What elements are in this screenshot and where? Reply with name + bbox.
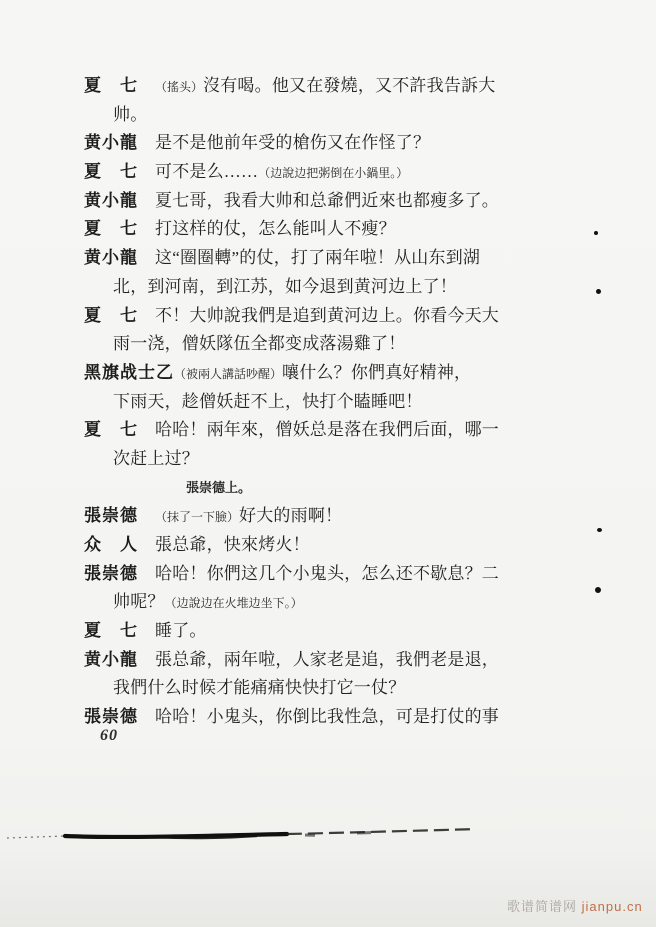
speaker-name: 張崇德 [84,560,155,589]
dialogue-text: 哈哈！兩年來，僧妖总是落在我們后面，哪一 [155,422,499,439]
dialogue-text: 北，到河南，到江苏，如今退到黄河边上了！ [113,279,457,296]
speech-segment: 不！大帅說我們是追到黄河边上。你看今天大 [155,306,499,325]
stage-note-segment: （抹了一下臉） [155,510,239,524]
dialogue-text: （被兩人講話吵醒）嚷什么？你們真好精神， [174,365,471,382]
speech-segment: 哈哈！你們这几个小鬼头，怎么还不歇息？二 [155,564,499,583]
speech-segment: 嚷什么？你們真好精神， [282,363,471,382]
dialogue-text: 張总爺，快來烤火！ [155,537,310,554]
dialogue-row: 下雨天，趁僧妖赶不上，快打个瞌睡吧！ [0,388,616,417]
watermark-site-name: 歌谱简谱网 [507,899,577,914]
speech-segment: 夏七哥，我看大帅和总爺們近來也都瘦多了。 [155,191,499,210]
speech-segment: 北，到河南，到江苏，如今退到黄河边上了！ [113,277,457,296]
dialogue-row: 張崇德（抹了一下臉）好大的雨啊！ [0,502,616,531]
speech-segment: 哈哈！小鬼头，你倒比我性急，可是打仗的事 [155,707,499,726]
speaker-name: 众 人 [84,531,155,560]
dialogue-row: 我們什么时候才能痛痛快快打它一仗？ [0,674,616,703]
dialogue-text: 这“圈圈轉”的仗，打了兩年啦！从山东到湖 [155,250,480,267]
speaker-name: 黄小龍 [84,244,155,273]
speech-segment: 帅呢？ [113,592,165,611]
dialogue-text: 次赶上过？ [113,451,199,468]
dialogue-row: 張崇德哈哈！你們这几个小鬼头，怎么还不歇息？二 [0,560,616,589]
dialogue-row: 黄小龍張总爺，兩年啦，人家老是追，我們老是退， [0,646,616,675]
speech-segment: 張总爺，兩年啦，人家老是追，我們老是退， [155,650,499,669]
script-body: 夏 七（搖头）沒有喝。他又在發燒，又不許我告訴大帅。黄小龍是不是他前年受的槍伤又… [0,72,616,732]
speaker-name: 夏 七 [84,215,155,244]
dialogue-row: 夏 七不！大帅說我們是追到黄河边上。你看今天大 [0,302,616,331]
scan-artifact-line [5,822,485,848]
speech-segment: 好大的雨啊！ [239,506,342,525]
speech-segment: 可不是么…… [155,162,258,181]
ink-speck [595,587,601,593]
dialogue-row: 黄小龍是不是他前年受的槍伤又在作怪了？ [0,129,616,158]
stage-note-segment: （被兩人講話吵醒） [174,367,282,381]
dialogue-text: （搖头）沒有喝。他又在發燒，又不許我告訴大 [155,78,495,95]
speech-segment: 次赶上过？ [113,449,199,468]
dialogue-text: 夏七哥，我看大帅和总爺們近來也都瘦多了。 [155,193,499,210]
speaker-name: 夏 七 [84,416,155,445]
scanned-play-script-page: { "page": { "number": "60", "watermark":… [0,0,656,927]
stage-direction-row: 張崇德上。 [0,474,616,503]
page: 夏 七（搖头）沒有喝。他又在發燒，又不許我告訴大帅。黄小龍是不是他前年受的槍伤又… [0,0,656,927]
dialogue-text: 哈哈！你們这几个小鬼头，怎么还不歇息？二 [155,566,499,583]
dialogue-text: （抹了一下臉）好大的雨啊！ [155,508,342,525]
dialogue-row: 黄小龍这“圈圈轉”的仗，打了兩年啦！从山东到湖 [0,244,616,273]
dialogue-text: 帅呢？（边說边在火堆边坐下。） [113,594,303,611]
page-number: 60 [100,727,118,745]
speech-segment: 这“圈圈轉”的仗，打了兩年啦！从山东到湖 [155,248,480,267]
speech-segment: 打这样的仗，怎么能叫人不瘦？ [155,219,396,238]
dialogue-row: 帅。 [0,101,616,130]
dialogue-text: 可不是么……（边說边把粥倒在小鍋里。） [155,164,408,181]
ink-speck [596,289,601,294]
dialogue-row: 夏 七打这样的仗，怎么能叫人不瘦？ [0,215,616,244]
speech-segment: 張总爺，快來烤火！ [155,535,310,554]
speech-segment: 我們什么时候才能痛痛快快打它一仗？ [113,678,405,697]
speaker-name: 夏 七 [84,158,155,187]
speaker-name: 張崇德 [84,502,155,531]
dialogue-text: 打这样的仗，怎么能叫人不瘦？ [155,221,396,238]
speaker-name: 黑旗战士乙 [84,359,174,388]
dialogue-row: 众 人張总爺，快來烤火！ [0,531,616,560]
stage-direction-text: 張崇德上。 [186,479,251,496]
ink-speck [594,231,598,235]
dialogue-row: 夏 七（搖头）沒有喝。他又在發燒，又不許我告訴大 [0,72,616,101]
speech-segment: 雨一浇，僧妖隊伍全都变成落湯雞了！ [113,334,405,353]
stage-note-segment: （搖头） [155,80,203,94]
watermark: 歌谱简谱网 jianpu.cn [507,896,643,915]
speech-segment: 睡了。 [155,621,207,640]
watermark-domain-link[interactable]: jianpu.cn [582,899,643,914]
stage-note-segment: （边說边把粥倒在小鍋里。） [258,166,408,180]
speaker-name: 張崇德 [84,703,155,732]
dialogue-text: 是不是他前年受的槍伤又在作怪了？ [155,135,430,152]
speech-segment: 下雨天，趁僧妖赶不上，快打个瞌睡吧！ [113,392,423,411]
dialogue-row: 夏 七哈哈！兩年來，僧妖总是落在我們后面，哪一 [0,416,616,445]
dialogue-text: 哈哈！小鬼头，你倒比我性急，可是打仗的事 [155,709,499,726]
stage-note-segment: 張崇德上。 [186,480,251,495]
dialogue-text: 下雨天，趁僧妖赶不上，快打个瞌睡吧！ [113,394,423,411]
dialogue-row: 黄小龍夏七哥，我看大帅和总爺們近來也都瘦多了。 [0,187,616,216]
speaker-name: 黄小龍 [84,129,155,158]
speech-segment: 是不是他前年受的槍伤又在作怪了？ [155,133,430,152]
dialogue-row: 夏 七睡了。 [0,617,616,646]
dialogue-row: 黑旗战士乙（被兩人講話吵醒）嚷什么？你們真好精神， [0,359,616,388]
dialogue-text: 雨一浇，僧妖隊伍全都变成落湯雞了！ [113,336,405,353]
dialogue-row: 次赶上过？ [0,445,616,474]
speaker-name: 夏 七 [84,72,155,101]
speaker-name: 黄小龍 [84,187,155,216]
dialogue-row: 雨一浇，僧妖隊伍全都变成落湯雞了！ [0,330,616,359]
dialogue-row: 夏 七可不是么……（边說边把粥倒在小鍋里。） [0,158,616,187]
dialogue-text: 睡了。 [155,623,207,640]
dialogue-text: 帅。 [113,107,147,124]
dialogue-row: 帅呢？（边說边在火堆边坐下。） [0,588,616,617]
speaker-name: 夏 七 [84,617,155,646]
dialogue-text: 我們什么时候才能痛痛快快打它一仗？ [113,680,405,697]
dialogue-text: 不！大帅說我們是追到黄河边上。你看今天大 [155,308,499,325]
speech-segment: 沒有喝。他又在發燒，又不許我告訴大 [203,76,495,95]
stage-note-segment: （边說边在火堆边坐下。） [165,596,303,610]
dialogue-text: 張总爺，兩年啦，人家老是追，我們老是退， [155,652,499,669]
speaker-name: 黄小龍 [84,646,155,675]
speech-segment: 哈哈！兩年來，僧妖总是落在我們后面，哪一 [155,420,499,439]
scan-bottom-shade [0,847,656,927]
ink-speck [597,528,602,532]
dialogue-row: 張崇德哈哈！小鬼头，你倒比我性急，可是打仗的事 [0,703,616,732]
dialogue-row: 北，到河南，到江苏，如今退到黄河边上了！ [0,273,616,302]
speech-segment: 帅。 [113,105,147,124]
speaker-name: 夏 七 [84,302,155,331]
